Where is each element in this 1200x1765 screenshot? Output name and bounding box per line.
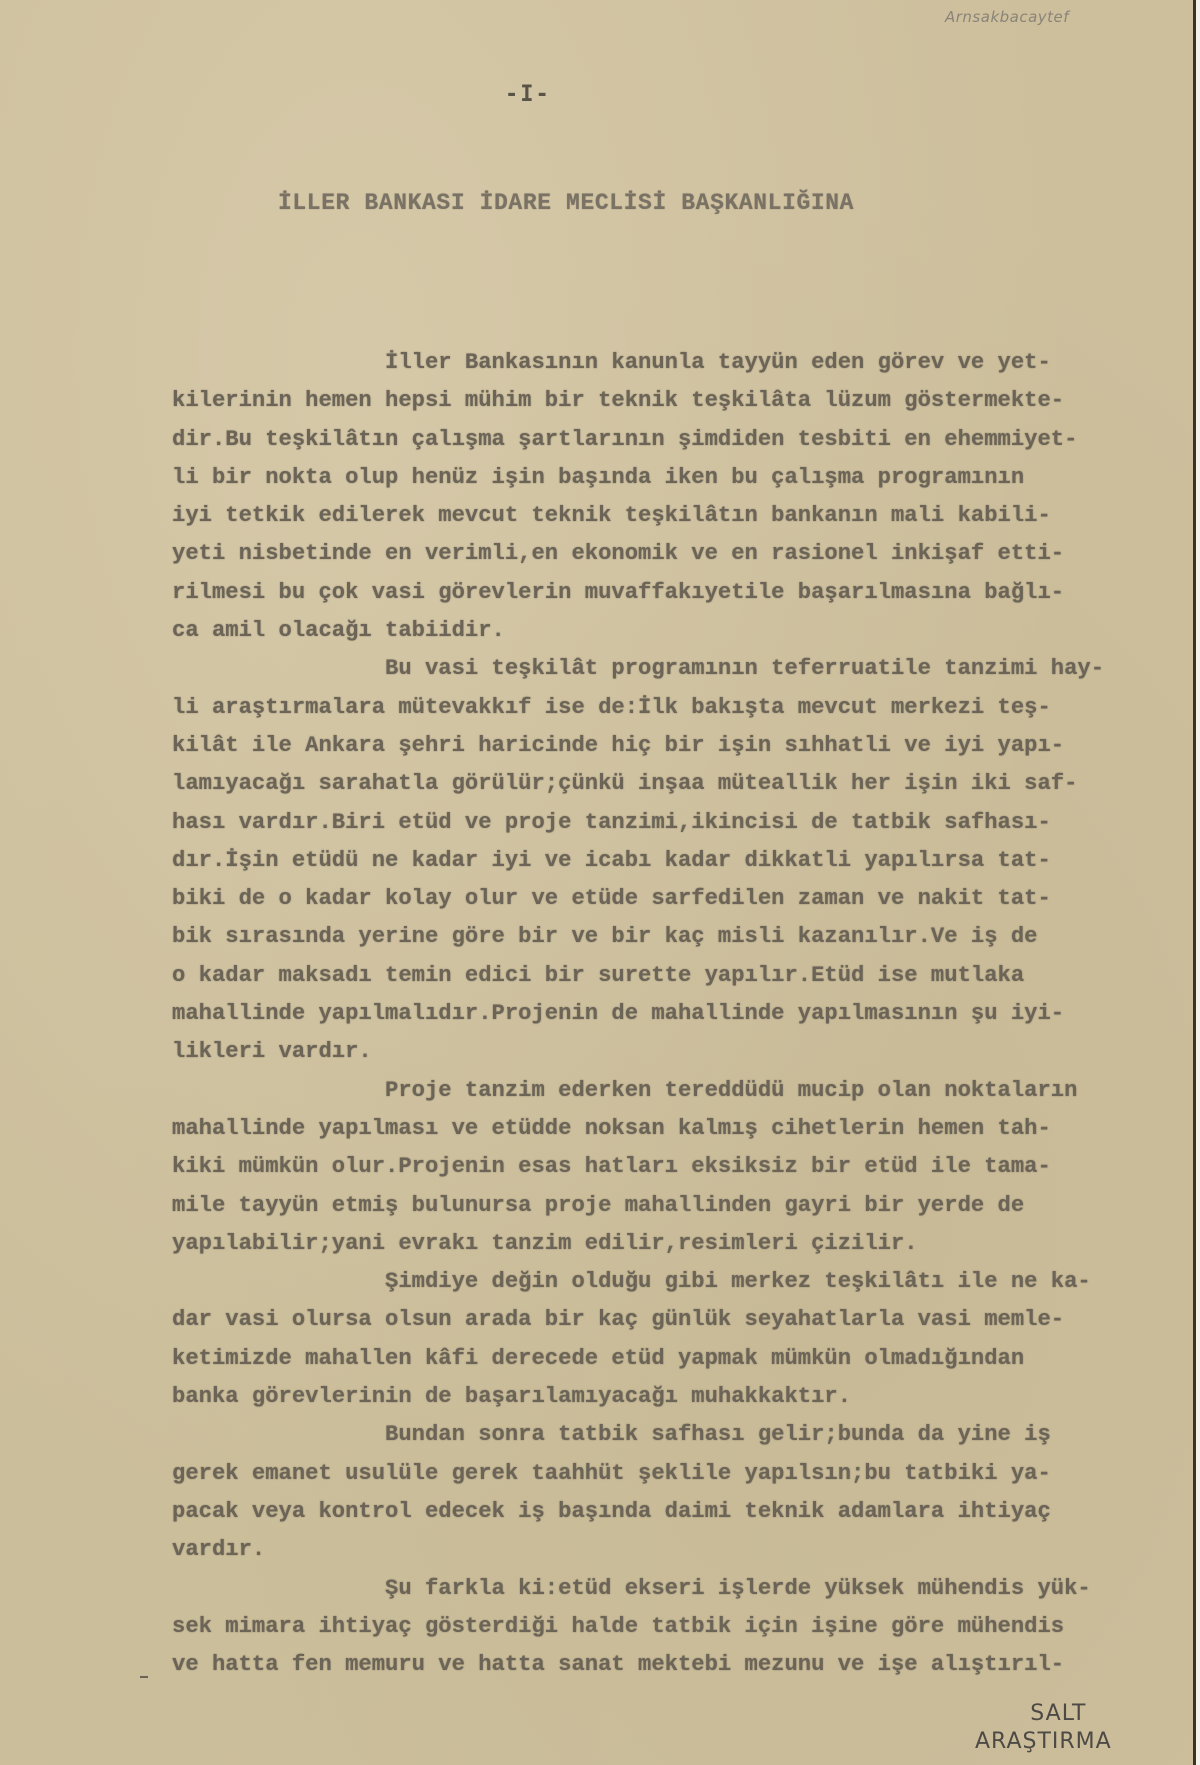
body-line: Proje tanzim ederken tereddüdü mucip ola… xyxy=(172,1072,1200,1110)
body-line: mahallinde yapılmalıdır.Projenin de maha… xyxy=(172,995,1200,1033)
body-line: Bundan sonra tatbik safhası gelir;bunda … xyxy=(172,1416,1200,1454)
body-line: Şu farkla ki:etüd ekseri işlerde yüksek … xyxy=(172,1570,1200,1608)
body-line: rilmesi bu çok vasi görevlerin muvaffakı… xyxy=(172,574,1200,612)
archive-pencil-note: Arnsakbacaytef xyxy=(945,8,1069,26)
body-line: İller Bankasının kanunla tayyün eden gör… xyxy=(172,344,1200,382)
body-line: banka görevlerinin de başarılamıyacağı m… xyxy=(172,1378,1200,1416)
body-line: kilât ile Ankara şehri haricinde hiç bir… xyxy=(172,727,1200,765)
body-line: vardır. xyxy=(172,1531,1200,1569)
body-line: pacak veya kontrol edecek iş başında dai… xyxy=(172,1493,1200,1531)
body-line: ca amil olacağı tabiidir. xyxy=(172,612,1200,650)
body-line: li bir nokta olup henüz işin başında ike… xyxy=(172,459,1200,497)
salt-arastirma-stamp: SALT ARAŞTIRMA xyxy=(975,1700,1112,1756)
body-line: ve hatta fen memuru ve hatta sanat mekte… xyxy=(172,1646,1200,1684)
body-line: bik sırasında yerine göre bir ve bir kaç… xyxy=(172,918,1200,956)
body-line: biki de o kadar kolay olur ve etüde sarf… xyxy=(172,880,1200,918)
document-page: Arnsakbacaytef -I- İLLER BANKASI İDARE M… xyxy=(0,0,1196,1765)
stamp-line-1: SALT xyxy=(975,1700,1112,1728)
body-line: mile tayyün etmiş bulunursa proje mahall… xyxy=(172,1187,1200,1225)
body-line: Şimdiye değin olduğu gibi merkez teşkilâ… xyxy=(172,1263,1200,1301)
body-line: kiki mümkün olur.Projenin esas hatları e… xyxy=(172,1148,1200,1186)
margin-mark xyxy=(140,1676,148,1678)
document-heading: İLLER BANKASI İDARE MECLİSİ BAŞKANLIĞINA xyxy=(278,190,854,216)
body-line: likleri vardır. xyxy=(172,1033,1200,1071)
body-line: iyi tetkik edilerek mevcut teknik teşkil… xyxy=(172,497,1200,535)
body-line: dir.Bu teşkilâtın çalışma şartlarının şi… xyxy=(172,421,1200,459)
body-line: gerek emanet usulüle gerek taahhüt şekli… xyxy=(172,1455,1200,1493)
body-line: li araştırmalara mütevakkıf ise de:İlk b… xyxy=(172,689,1200,727)
body-line: kilerinin hemen hepsi mühim bir teknik t… xyxy=(172,382,1200,420)
body-line: dar vasi olursa olsun arada bir kaç günl… xyxy=(172,1301,1200,1339)
body-line: yeti nisbetinde en verimli,en ekonomik v… xyxy=(172,535,1200,573)
body-line: o kadar maksadı temin edici bir surette … xyxy=(172,957,1200,995)
stamp-line-2: ARAŞTIRMA xyxy=(975,1728,1112,1756)
body-line: ketimizde mahallen kâfi derecede etüd ya… xyxy=(172,1340,1200,1378)
body-line: hası vardır.Biri etüd ve proje tanzimi,i… xyxy=(172,804,1200,842)
body-line: dır.İşin etüdü ne kadar iyi ve icabı kad… xyxy=(172,842,1200,880)
document-body: İller Bankasının kanunla tayyün eden gör… xyxy=(172,344,1200,1684)
body-line: mahallinde yapılması ve etüdde noksan ka… xyxy=(172,1110,1200,1148)
body-line: yapılabilir;yani evrakı tanzim edilir,re… xyxy=(172,1225,1200,1263)
body-line: Bu vasi teşkilât programının teferruatil… xyxy=(172,650,1200,688)
body-line: lamıyacağı sarahatla görülür;çünkü inşaa… xyxy=(172,765,1200,803)
page-number: -I- xyxy=(505,82,551,107)
body-line: sek mimara ihtiyaç gösterdiği halde tatb… xyxy=(172,1608,1200,1646)
